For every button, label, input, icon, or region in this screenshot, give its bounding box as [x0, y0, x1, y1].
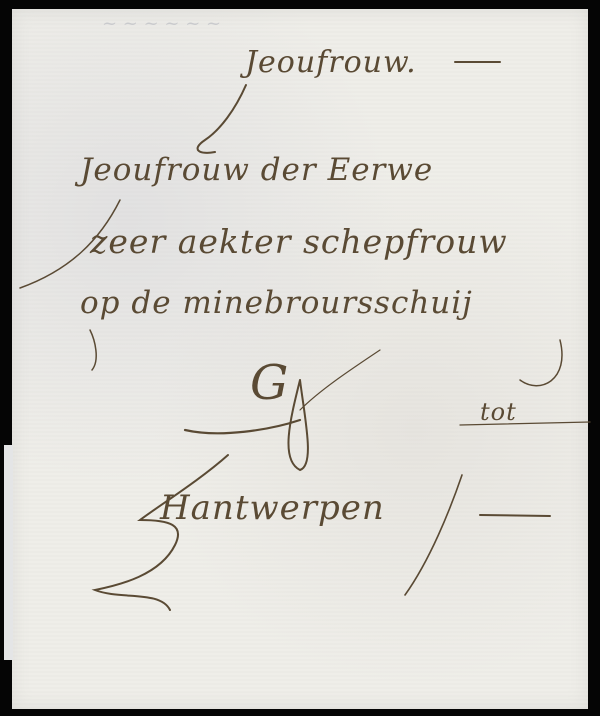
flourish-letter: G	[250, 355, 289, 411]
address-line-2: zeer aekter schepfrouw	[90, 222, 508, 261]
pen-flourishes	[0, 0, 600, 716]
destination-city: Hantwerpen	[160, 488, 385, 528]
address-line-1: Jeoufrouw der Eerwe	[80, 152, 433, 188]
postal-word-tot: tot	[480, 398, 517, 426]
salutation-text: Jeoufrouw.	[245, 45, 417, 80]
address-line-3: op de minebroursschuij	[80, 285, 473, 321]
